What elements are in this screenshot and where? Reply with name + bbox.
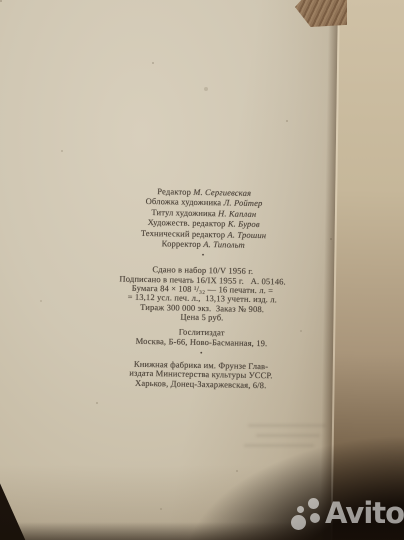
credits-block: Редактор М. Сергиевская Обложка художник… [56, 184, 352, 252]
colophon-text: Редактор М. Сергиевская Обложка художник… [53, 184, 352, 392]
credit-person: А. Трошин [227, 229, 266, 240]
avito-logo-dot [310, 513, 320, 523]
show-through-text [244, 444, 314, 447]
credit-role: Титул художника [151, 207, 216, 218]
avito-wordmark: Avito [325, 496, 404, 530]
credit-role: Редактор [157, 186, 191, 197]
avito-logo-dot [291, 515, 306, 530]
credit-person: М. Сергиевская [193, 187, 251, 198]
credit-person: Л. Ройтер [223, 198, 262, 209]
publisher-block: Гослитиздат Москва, Б-66, Ново-Басманная… [54, 326, 349, 350]
photo-of-book-colophon: Редактор М. Сергиевская Обложка художник… [0, 0, 404, 540]
credit-person: К. Буров [228, 219, 260, 230]
section-separator: • [56, 250, 351, 262]
avito-watermark: Avito [289, 492, 401, 538]
avito-logo-dot [308, 498, 319, 509]
credit-role: Технический редактор [141, 227, 226, 239]
printer-block: Книжная фабрика им. Фрунзе Глав- издата … [53, 358, 348, 392]
credit-person: Н. Каплан [218, 208, 256, 219]
credit-role: Корректор [162, 238, 201, 249]
avito-logo-dot [297, 506, 304, 513]
credit-person: А. Типольт [203, 239, 245, 250]
section-separator: • [54, 347, 349, 359]
show-through-text [248, 424, 326, 427]
imprint-block: Сдано в набор 10/V 1956 г. Подписано в п… [54, 264, 350, 325]
paper-speckles [0, 0, 2, 2]
facing-page-edge [330, 0, 404, 540]
show-through-text [256, 434, 320, 437]
